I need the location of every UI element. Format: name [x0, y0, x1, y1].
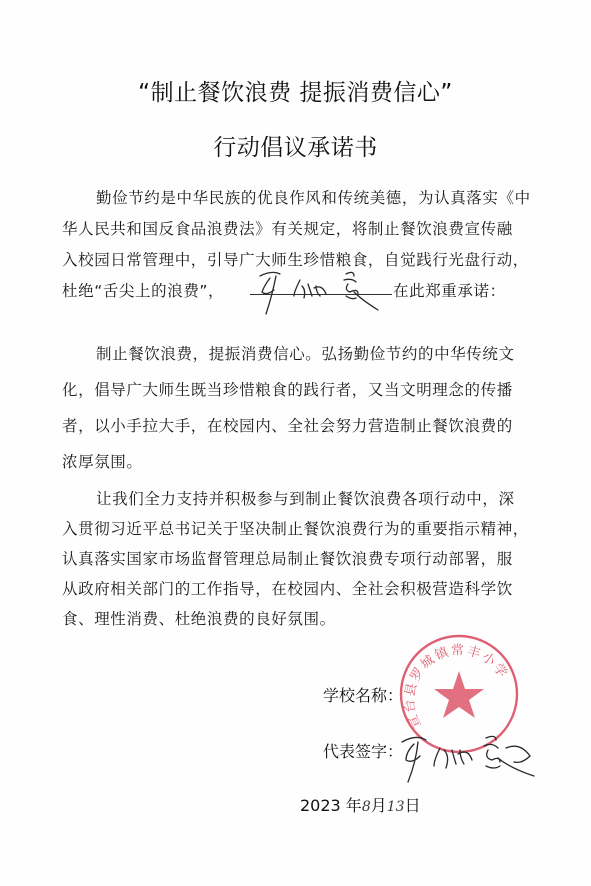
school-seal-icon: 宣台县罗城镇常丰小学	[398, 633, 520, 755]
document-subtitle: 行动倡议承诺书	[0, 129, 591, 162]
paragraph-line: 化，倡导广大师生既当珍惜粮食的践行者，又当文明理念的传播	[62, 378, 513, 400]
paragraph-line: 制止餐饮浪费，提振消费信心。弘扬勤俭节约的中华传统文	[96, 342, 515, 364]
representative-signature-icon	[396, 728, 546, 788]
date-month-suffix: 月	[371, 796, 387, 815]
representative-signature-label: 代表签字：	[323, 739, 403, 762]
paragraph-line: 食、理性消费、杜绝浪费的良好氛围。	[62, 607, 336, 629]
paragraph-line: 杜绝“舌尖上的浪费”，	[62, 279, 224, 301]
star-icon	[434, 671, 484, 718]
date: 2023 年8月13日	[300, 793, 421, 816]
document-title: “制止餐饮浪费 提振消费信心”	[0, 74, 591, 107]
signature-underline	[250, 294, 392, 295]
inline-signature-icon	[250, 266, 400, 318]
paragraph-line: 入校园日常管理中，引导广大师生珍惜粮食，自觉践行光盘行动，	[62, 248, 529, 270]
paragraph-line: 浓厚氛围。	[62, 450, 143, 472]
pledge-text: 在此郑重承诺：	[393, 279, 506, 301]
paragraph-line: 入贯彻习近平总书记关于坚决制止餐饮浪费行为的重要指示精神，	[62, 517, 529, 539]
date-day-handwritten: 13	[387, 799, 405, 815]
paragraph-line: 认真落实国家市场监督管理总局制止餐饮浪费专项行动部署，服	[62, 547, 513, 569]
date-day-suffix: 日	[405, 796, 421, 815]
date-year-suffix: 年	[341, 796, 362, 815]
date-year: 2023	[300, 796, 341, 815]
paragraph-line: 者，以小手拉大手，在校园内、全社会努力营造制止餐饮浪费的	[62, 414, 513, 436]
paragraph-line: 从政府相关部门的工作指导，在校园内、全社会积极营造科学饮	[62, 577, 513, 599]
school-name-label: 学校名称：	[323, 683, 403, 706]
date-month-handwritten: 8	[362, 799, 371, 815]
seal-text: 宣台县罗城镇常丰小学	[403, 642, 511, 730]
paragraph-line: 勤俭节约是中华民族的优良作风和传统美德，为认真落实《中	[96, 186, 531, 208]
document-page: “制止餐饮浪费 提振消费信心” 行动倡议承诺书 勤俭节约是中华民族的优良作风和传…	[0, 0, 591, 886]
paragraph-line: 华人民共和国反食品浪费法》有关规定，将制止餐饮浪费宣传融	[62, 217, 513, 239]
svg-text:宣台县罗城镇常丰小学: 宣台县罗城镇常丰小学	[403, 642, 511, 730]
paragraph-line: 让我们全力支持并积极参与到制止餐饮浪费各项行动中，深	[96, 487, 515, 509]
